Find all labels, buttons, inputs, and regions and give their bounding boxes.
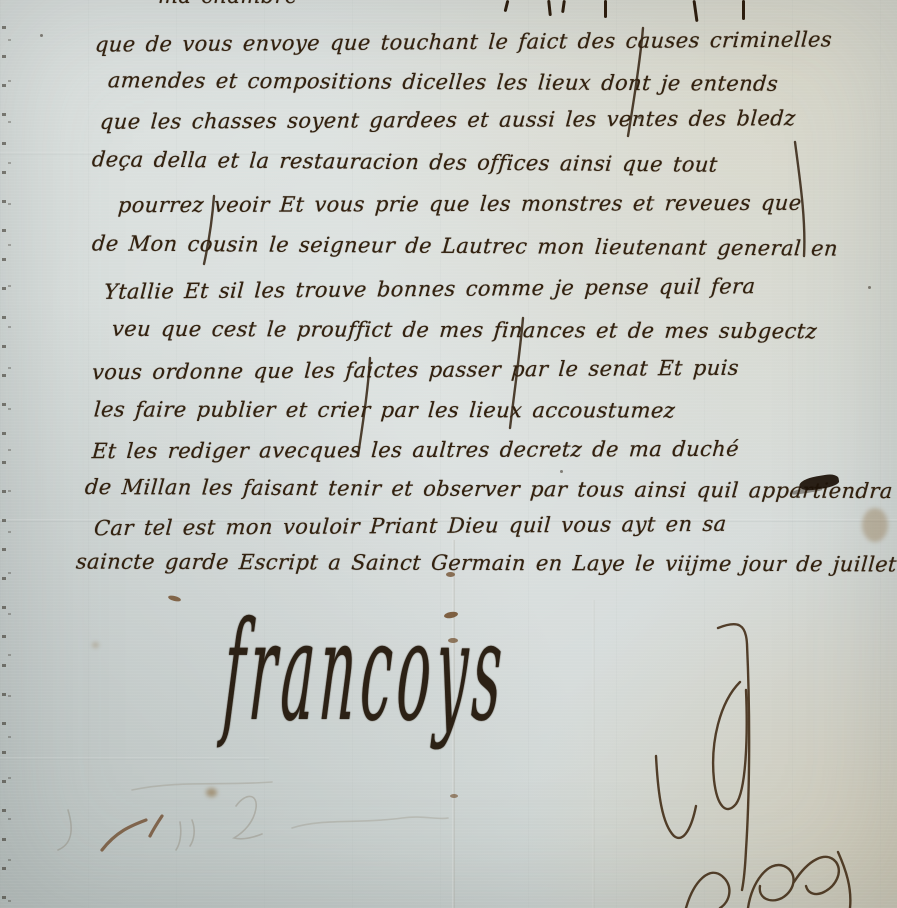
deckle-edge-specks-2 [8,0,11,908]
fly-speck [638,116,641,119]
manuscript-line: que les chasses soyent gardees et aussi … [99,106,796,134]
manuscript-line: Ytallie Et sil les trouve bonnes comme j… [103,274,756,304]
manuscript-line: veu que cest le prouffict de mes finance… [111,317,818,343]
manuscript-line: les faire publier et crier par les lieux… [93,397,676,422]
fly-speck [40,34,43,37]
fly-speck [868,286,871,289]
manuscript-line: deça della et la restauracion des office… [91,147,719,176]
fly-speck [560,470,563,473]
manuscript-line: Car tel est mon vouloir Priant Dieu quil… [93,512,727,540]
cut-letter-fragment [742,0,745,20]
foxing-spot [862,508,888,542]
cut-letter-fragment [692,0,698,22]
rust-stain [450,794,458,798]
rust-stain [168,595,182,603]
manuscript-photo: ma chambre que de vous envoye que toucha… [0,0,897,908]
manuscript-line: vous ordonne que les faictes passer par … [91,356,739,385]
manuscript-line: saincte garde Escript a Sainct Germain e… [75,550,897,577]
foxing-spot [92,642,99,648]
countersignature-flourish [600,618,897,908]
royal-signature: francoys [220,594,510,753]
deckle-edge-specks [2,0,6,908]
manuscript-line: Et les rediger avecques les aultres decr… [91,437,740,463]
cut-letter-fragment [547,0,552,16]
manuscript-line: pourrez veoir Et vous prie que les monst… [117,191,802,217]
foxing-spot [206,788,217,797]
cut-letter-fragment [561,0,566,13]
manuscript-line-partial: ma chambre [158,0,298,8]
cut-letter-fragment [604,0,607,18]
manuscript-line: que de vous envoye que touchant le faict… [94,27,833,56]
manuscript-line: de Millan les faisant tenir et observer … [84,475,894,503]
manuscript-line: de Mon cousin le seigneur de Lautrec mon… [91,231,839,260]
faint-pencil-annotation [40,768,470,888]
vertical-fold-faint [592,600,595,908]
manuscript-line: amendes et compositions dicelles les lie… [107,68,779,95]
cut-letter-fragment [504,0,510,12]
horizontal-crease-bottom [0,757,269,760]
